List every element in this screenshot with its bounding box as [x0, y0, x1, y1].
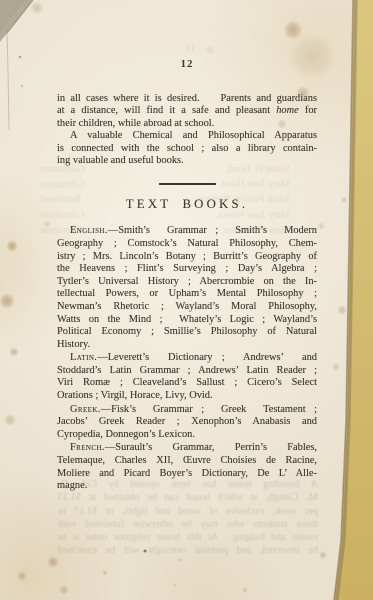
paragraph: Latin.—Leverett’s Dictionary ; Andrews’ …: [57, 352, 317, 402]
bleedthrough-page-number: 11: [186, 44, 196, 55]
small-caps-label: Greek.: [70, 404, 101, 415]
stain: [341, 197, 347, 203]
scanned-page-viewport: 11 Susan H. Hood,Gilmanton.Mary Jane Hoo…: [0, 0, 373, 600]
stain: [30, 1, 44, 15]
text-line: Cyropedia, Donnegon’s Lexicon.: [57, 429, 317, 442]
text-line: Greek.—Fisk’s Grammar ; Greek Testament …: [57, 404, 317, 417]
text-line: istry ; Mrs. Lincoln’s Botany ; Burritt’…: [57, 251, 317, 264]
paragraph: English.—Smith’s Grammar ; Smith’s Moder…: [57, 225, 317, 351]
stain: [6, 240, 18, 252]
stain: [337, 305, 347, 315]
text-line: their children, while abroad at school.: [57, 118, 317, 131]
paragraph: A valuable Chemical and Philosophical Ap…: [57, 130, 317, 168]
small-caps-label: Latin.: [70, 352, 97, 363]
text-line: History.: [57, 339, 317, 352]
italic-text: home: [276, 105, 299, 116]
text-line: Tytler’s Universal History ; Abercrombie…: [57, 276, 317, 289]
stain: [178, 558, 182, 562]
stain: [242, 587, 248, 593]
stain: [9, 347, 19, 357]
stain: [0, 293, 15, 309]
book-page: 11 Susan H. Hood,Gilmanton.Mary Jane Hoo…: [0, 0, 373, 600]
text-line: Orations ; Virgil, Horace, Livy, Ovid.: [57, 390, 317, 403]
stain: [17, 571, 27, 581]
text-line: Viri Romæ ; Cleaveland’s Sallust ; Cicer…: [57, 377, 317, 390]
stain: [59, 585, 69, 595]
paragraph: in all cases where it is desired. Parent…: [57, 93, 317, 131]
bleedthrough-paragraph: A boarding house has been opened by Col.…: [58, 478, 318, 558]
text-line: Newman’s Rhetoric ; Wayland’s Moral Phil…: [57, 301, 317, 314]
stain: [317, 222, 325, 230]
bleedthrough-line: A boarding house has been opened by Col.…: [58, 478, 318, 491]
text-line: Jacobs’ Greek Reader ; Xenophon’s Anabas…: [57, 416, 317, 429]
paragraph: Greek.—Fisk’s Grammar ; Greek Testament …: [57, 404, 317, 442]
stain: [283, 20, 303, 40]
text-line: in all cases where it is desired. Parent…: [57, 93, 317, 106]
stain: [102, 570, 108, 576]
bleedthrough-line: rooms and lodging. At this house religio…: [58, 531, 318, 544]
text-line: A valuable Chemical and Philosophical Ap…: [57, 130, 317, 143]
stain: [173, 583, 177, 587]
stain: [4, 414, 16, 426]
stain: [47, 556, 59, 568]
text-line: Geography ; Comstock’s Natural Philosoph…: [57, 238, 317, 251]
body-text: in all cases where it is desired. Parent…: [57, 93, 317, 493]
text-line: at a distance, will find it a safe and p…: [57, 105, 317, 118]
text-line: Telemaque, Charles XII, Œuvre Choisies d…: [57, 455, 317, 468]
text-line: Political Economy ; Smillie’s Philosophy…: [57, 326, 317, 339]
small-caps-label: English.: [70, 225, 108, 236]
text-line: Stoddard’s Latin Grammar ; Andrews’ Lati…: [57, 365, 317, 378]
text-line: Watts on the Mind ; Whately’s Logic ; Wa…: [57, 314, 317, 327]
stain: [288, 33, 336, 81]
stain: [332, 363, 340, 371]
bleedthrough-line: be observed, and parental oversight will…: [58, 544, 318, 557]
page-number: 12: [57, 58, 317, 70]
bleedthrough-line: per week, exclusive of wood and lights, …: [58, 505, 318, 518]
bleedthrough-line: those students who may be otherwise furn…: [58, 518, 318, 531]
text-line: English.—Smith’s Grammar ; Smith’s Moder…: [57, 225, 317, 238]
text-line: French.—Surault’s Grammar, Perrin’s Fabl…: [57, 442, 317, 455]
stain: [319, 551, 327, 559]
divider: [159, 183, 216, 185]
text-line: Latin.—Leverett’s Dictionary ; Andrews’ …: [57, 352, 317, 365]
small-caps-label: French.: [70, 442, 105, 453]
text-line: ing valuable and useful books.: [57, 155, 317, 168]
section-heading: TEXT BOOKS.: [57, 197, 317, 212]
text-line: tellectual Powers, or Upham’s Mental Phi…: [57, 288, 317, 301]
text-line: is connected with the school ; also a li…: [57, 143, 317, 156]
bleedthrough-line: M. Clough, at which board can be obtaine…: [58, 491, 318, 504]
stain: [205, 45, 215, 55]
text-line: the Heavens ; Flint’s Surveying ; Day’s …: [57, 263, 317, 276]
